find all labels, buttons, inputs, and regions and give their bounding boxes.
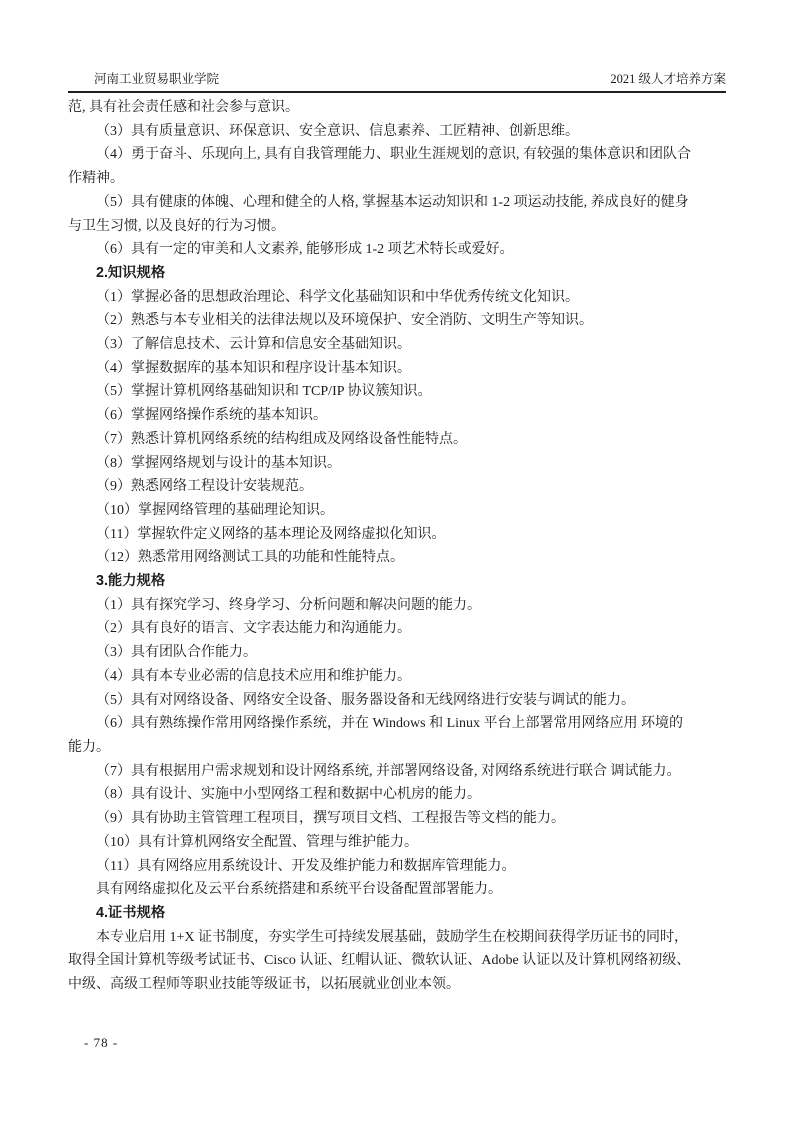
text-line: （4）掌握数据库的基本知识和程序设计基本知识。 [68,357,728,381]
text-line: （4）勇于奋斗、乐现向上, 具有自我管理能力、职业生涯规划的意识, 有较强的集体… [68,143,728,167]
document-body: 范, 具有社会责任感和社会参与意识。（3）具有质量意识、环保意识、安全意识、信息… [68,96,728,997]
text-line: （7）熟悉计算机网络系统的结构组成及网络设备性能特点。 [68,428,728,452]
text-line: 中级、高级工程师等职业技能等级证书，以拓展就业创业本领。 [68,973,728,997]
text-line: （8）掌握网络规划与设计的基本知识。 [68,452,728,476]
page-number: - 78 - [84,1035,118,1051]
text-line: （6）具有一定的审美和人文素养, 能够形成 1-2 项艺术特长或爱好。 [68,238,728,262]
text-line: （7）具有根据用户需求规划和设计网络系统, 并部署网络设备, 对网络系统进行联合… [68,760,728,784]
header-school-name: 河南工业贸易职业学院 [68,71,219,87]
text-line: （11）具有网络应用系统设计、开发及维护能力和数据库管理能力。 [68,855,728,879]
text-line: （3）具有团队合作能力。 [68,641,728,665]
text-line: （6）具有熟练操作常用网络操作系统，并在 Windows 和 Linux 平台上… [68,712,728,736]
text-line: （9）具有协助主管管理工程项目，撰写项目文档、工程报告等文档的能力。 [68,807,728,831]
text-line: （11）掌握软件定义网络的基本理论及网络虚拟化知识。 [68,523,728,547]
header-plan-title: 2021 级人才培养方案 [610,71,726,87]
section-heading: 2.知识规格 [68,262,728,286]
text-line: （5）具有对网络设备、网络安全设备、服务器设备和无线网络进行安装与调试的能力。 [68,689,728,713]
text-line: （5）掌握计算机网络基础知识和 TCP/IP 协议簇知识。 [68,380,728,404]
text-line: （2）熟悉与本专业相关的法律法规以及环境保护、安全消防、文明生产等知识。 [68,309,728,333]
text-line: （5）具有健康的体魄、心理和健全的人格, 掌握基本运动知识和 1-2 项运动技能… [68,191,728,215]
text-line: 本专业启用 1+X 证书制度，夯实学生可持续发展基础，鼓励学生在校期间获得学历证… [68,926,728,950]
text-line: 能力。 [68,736,728,760]
text-line: （10）具有计算机网络安全配置、管理与维护能力。 [68,831,728,855]
text-line: （12）熟悉常用网络测试工具的功能和性能特点。 [68,546,728,570]
text-line: （4）具有本专业必需的信息技术应用和维护能力。 [68,665,728,689]
text-line: （6）掌握网络操作系统的基本知识。 [68,404,728,428]
text-line: （2）具有良好的语言、文字表达能力和沟通能力。 [68,617,728,641]
document-page: 河南工业贸易职业学院 2021 级人才培养方案 范, 具有社会责任感和社会参与意… [0,0,793,1122]
section-heading: 4.证书规格 [68,902,728,926]
text-line: 与卫生习惯, 以及良好的行为习惯。 [68,215,728,239]
text-line: （10）掌握网络管理的基础理论知识。 [68,499,728,523]
text-line: （3）具有质量意识、环保意识、安全意识、信息素养、工匠精神、创新思维。 [68,120,728,144]
text-line: 范, 具有社会责任感和社会参与意识。 [68,96,728,120]
text-line: （9）熟悉网络工程设计安装规范。 [68,475,728,499]
text-line: （8）具有设计、实施中小型网络工程和数据中心机房的能力。 [68,783,728,807]
text-line: （3）了解信息技术、云计算和信息安全基础知识。 [68,333,728,357]
text-line: （1）具有探究学习、终身学习、分析问题和解决问题的能力。 [68,594,728,618]
text-line: （1）掌握必备的思想政治理论、科学文化基础知识和中华优秀传统文化知识。 [68,286,728,310]
text-line: 作精神。 [68,167,728,191]
text-line: 取得全国计算机等级考试证书、Cisco 认证、红帽认证、微软认证、Adobe 认… [68,949,728,973]
text-line: 具有网络虚拟化及云平台系统搭建和系统平台设备配置部署能力。 [68,878,728,902]
page-header: 河南工业贸易职业学院 2021 级人才培养方案 [68,71,726,93]
section-heading: 3.能力规格 [68,570,728,594]
